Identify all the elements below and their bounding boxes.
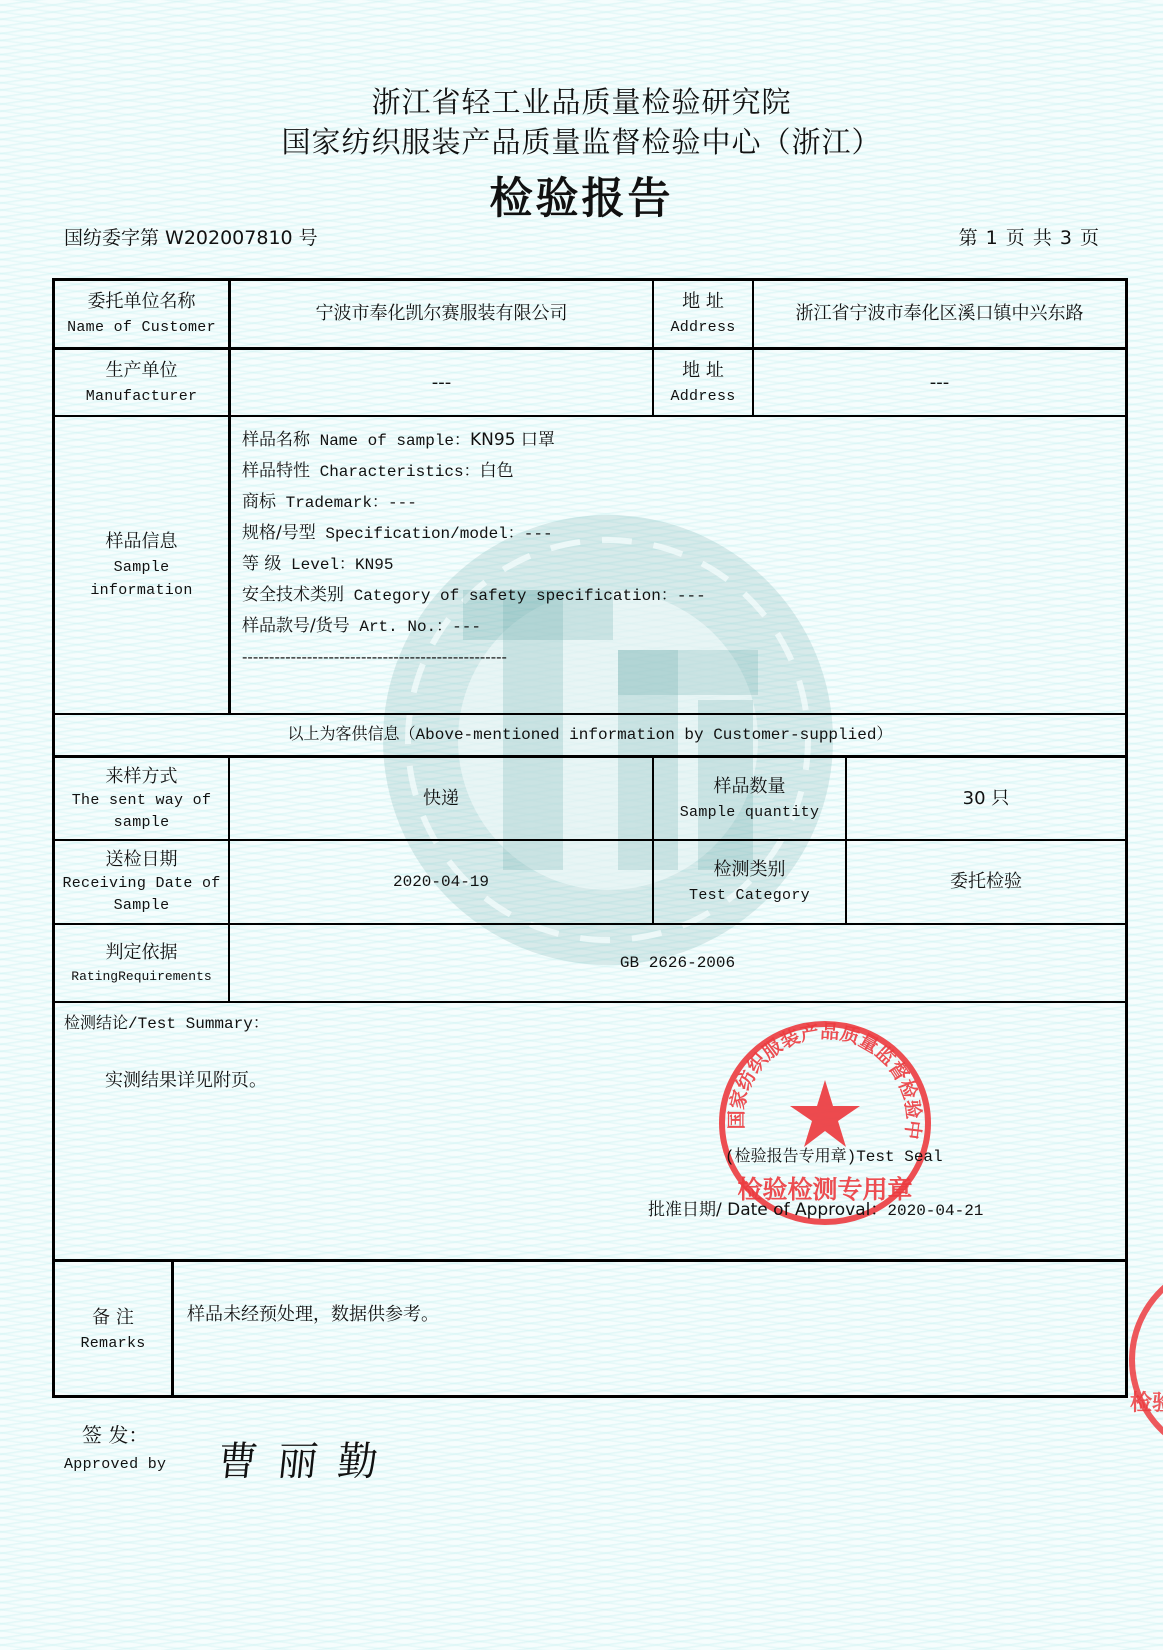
field-value: KN95: [355, 556, 393, 574]
field-label-en: Category of safety specification：: [344, 587, 677, 605]
customer-label-zh: 委托单位名称: [88, 288, 196, 316]
field-label-en: Trademark：: [276, 494, 388, 512]
field-label: 商标: [242, 492, 276, 512]
field-label: 样品款号/货号: [242, 616, 350, 636]
test-category-label: 检测类别 Test Category: [654, 841, 845, 923]
sample-info-line: 商标 Trademark：---: [242, 486, 1062, 517]
separator-line: ----------------------------------------…: [242, 641, 742, 672]
sample-info-line: 样品特性 Characteristics：白色: [242, 455, 1062, 486]
test-category-value: 委托检验: [847, 841, 1125, 923]
customer-label-en: Name of Customer: [67, 316, 216, 339]
receiving-date-value: 2020-04-19: [230, 841, 652, 923]
approval-date-value: 2020-04-21: [887, 1202, 983, 1220]
rating-label: 判定依据 RatingRequirements: [55, 925, 228, 1001]
field-value: ---: [524, 525, 553, 543]
sample-info-label: 样品信息 Sample information: [55, 417, 228, 713]
manufacturer-address: ---: [754, 350, 1125, 415]
approval-date: 批准日期/ Date of Approval：2020-04-21: [648, 1195, 983, 1220]
field-value: ---: [388, 494, 417, 512]
svg-text:检验: 检验: [1130, 1390, 1163, 1416]
manufacturer-name: ---: [231, 350, 652, 415]
quantity-value: 30 只: [847, 758, 1125, 839]
address-label-zh: 地 址: [682, 357, 724, 385]
page-indicator: 第 1 页 共 3 页: [959, 223, 1100, 250]
divider: [52, 1259, 1128, 1262]
field-value: ---: [452, 618, 481, 636]
approved-by-label-en: Approved by: [64, 1452, 166, 1478]
address-label-en: Address: [670, 385, 735, 408]
receiving-date-label-en: Receiving Date of: [62, 873, 220, 895]
sample-info-line: 安全技术类别 Category of safety specification：…: [242, 579, 1062, 610]
remarks-label-zh: 备 注: [92, 1304, 134, 1332]
remarks-label: 备 注 Remarks: [55, 1262, 171, 1398]
sent-way-label-zh: 来样方式: [106, 764, 178, 790]
sample-info-label-en: information: [90, 579, 192, 602]
customer-address-label: 地 址 Address: [654, 281, 752, 347]
center-name: 国家纺织服装产品质量监督检验中心（浙江）: [0, 120, 1163, 161]
test-category-label-en: Test Category: [689, 884, 810, 907]
sample-info-label-zh: 样品信息: [106, 528, 178, 556]
field-label: 样品特性: [242, 461, 310, 481]
report-number: 国纺委字第 W202007810 号: [64, 223, 318, 250]
institute-name: 浙江省轻工业品质量检验研究院: [0, 80, 1163, 121]
summary-label: 检测结论/Test Summary：: [64, 1010, 269, 1033]
address-label-en: Address: [670, 316, 735, 339]
quantity-label-en: Sample quantity: [680, 801, 820, 824]
rating-label-zh: 判定依据: [106, 939, 178, 967]
field-label: 等 级: [242, 554, 281, 574]
divider: [52, 1001, 1128, 1003]
field-label-en: Name of sample：: [310, 432, 470, 450]
quantity-label: 样品数量 Sample quantity: [654, 758, 845, 839]
remarks-value: 样品未经预处理，数据供参考。: [187, 1300, 439, 1326]
edge-seal-fragment: 检验: [1126, 1250, 1163, 1470]
sent-way-value: 快递: [230, 758, 652, 839]
quantity-label-zh: 样品数量: [714, 773, 786, 801]
field-value: 白色: [480, 461, 514, 481]
manufacturer-label-zh: 生产单位: [106, 357, 178, 385]
report-title: 检验报告: [0, 165, 1163, 226]
signature: 曹丽勤: [215, 1430, 401, 1487]
field-value: KN95 口罩: [470, 430, 555, 450]
manufacturer-address-label: 地 址 Address: [654, 350, 752, 415]
field-value: ---: [677, 587, 706, 605]
approval-date-label: 批准日期/ Date of Approval：: [648, 1200, 887, 1220]
sent-way-label: 来样方式 The sent way of sample: [55, 758, 228, 839]
summary-label-text: 检测结论/Test Summary：: [64, 1015, 269, 1033]
test-category-label-zh: 检测类别: [714, 856, 786, 884]
approved-by-label: 签 发： Approved by: [64, 1418, 166, 1478]
manufacturer-label-en: Manufacturer: [86, 385, 198, 408]
sent-way-label-en: sample: [114, 812, 170, 834]
sample-info-line: 等 级 Level：KN95: [242, 548, 1062, 579]
customer-supplied-note-text: 以上为客供信息（Above-mentioned information by C…: [288, 723, 893, 748]
field-label-en: Specification/model：: [316, 525, 524, 543]
address-label-zh: 地 址: [682, 288, 724, 316]
customer-supplied-note: 以上为客供信息（Above-mentioned information by C…: [55, 715, 1125, 755]
receiving-date-label-zh: 送检日期: [106, 847, 178, 873]
sample-info-line: 样品名称 Name of sample：KN95 口罩: [242, 424, 1062, 455]
sent-way-label-en: The sent way of: [72, 790, 212, 812]
receiving-date-label-en: Sample: [114, 895, 170, 917]
sample-info-line: 规格/号型 Specification/model：---: [242, 517, 1062, 548]
seal-caption: (检验报告专用章)Test Seal: [725, 1143, 943, 1166]
rating-label-en: RatingRequirements: [71, 967, 211, 987]
field-label-en: Characteristics：: [310, 463, 480, 481]
rating-value: GB 2626-2006: [230, 925, 1125, 1001]
divider: [171, 1259, 174, 1398]
field-label: 安全技术类别: [242, 585, 344, 605]
approved-by-label-zh: 签 发：: [82, 1418, 148, 1452]
customer-label: 委托单位名称 Name of Customer: [55, 281, 228, 347]
manufacturer-label: 生产单位 Manufacturer: [55, 350, 228, 415]
field-label: 规格/号型: [242, 523, 316, 543]
customer-address: 浙江省宁波市奉化区溪口镇中兴东路: [754, 281, 1125, 347]
sample-info-list: 样品名称 Name of sample：KN95 口罩 样品特性 Charact…: [242, 424, 1062, 672]
field-label: 样品名称: [242, 430, 310, 450]
sample-info-line: 样品款号/货号 Art. No.：---: [242, 610, 1062, 641]
receiving-date-label: 送检日期 Receiving Date of Sample: [55, 841, 228, 923]
field-label-en: Level：: [281, 556, 355, 574]
seal-caption-text: (检验报告专用章)Test Seal: [725, 1148, 943, 1166]
summary-text: 实测结果详见附页。: [105, 1066, 267, 1092]
sample-info-label-en: Sample: [114, 556, 170, 579]
remarks-label-en: Remarks: [80, 1332, 145, 1355]
customer-name: 宁波市奉化凯尔赛服装有限公司: [231, 281, 652, 347]
field-label-en: Art. No.：: [350, 618, 452, 636]
